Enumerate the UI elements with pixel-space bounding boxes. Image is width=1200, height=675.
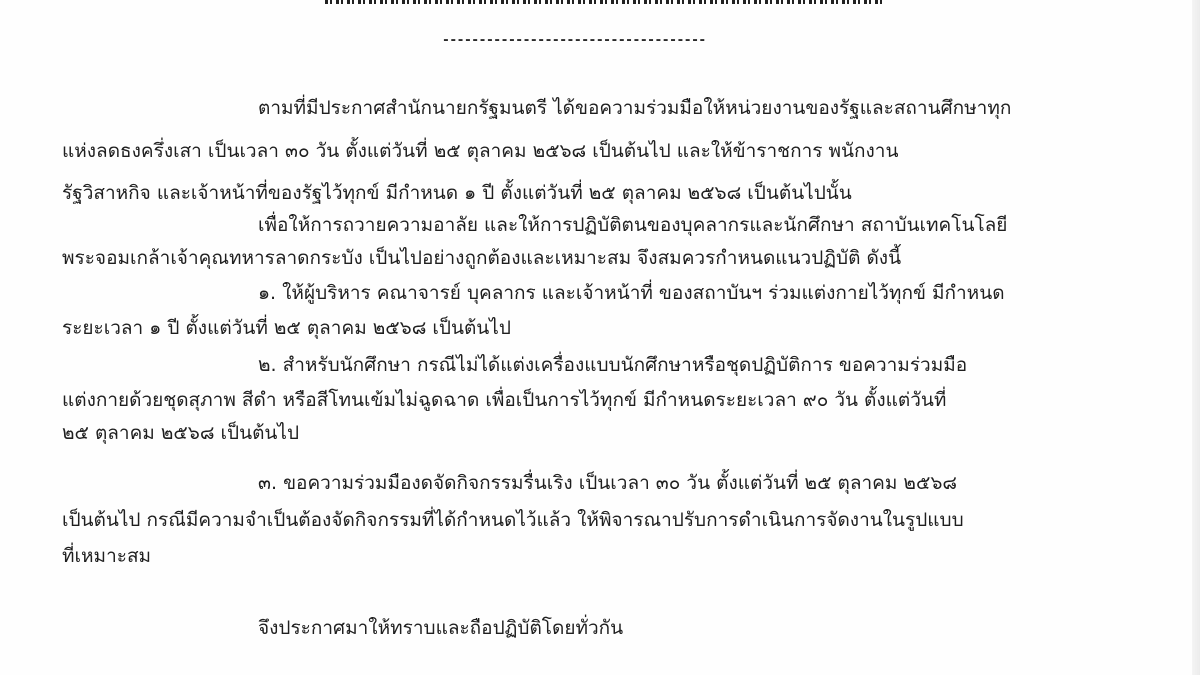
heading-divider: ------------------------------------ [442, 33, 706, 48]
closing-line: จึงประกาศมาให้ทราบและถือปฏิบัติโดยทั่วกั… [258, 615, 623, 641]
document-page: ------------------------------------ ตาม… [0, 0, 1192, 675]
item-2-line-1: ๒. สำหรับนักศึกษา กรณีไม่ได้แต่งเครื่องแ… [258, 352, 967, 378]
purpose-line-2: พระจอมเกล้าเจ้าคุณทหารลาดกระบัง เป็นไปอย… [62, 245, 901, 271]
item-3-line-3: ที่เหมาะสม [62, 543, 151, 569]
heading-glyph-bottoms [325, 0, 885, 4]
item-3-line-2: เป็นต้นไป กรณีมีความจำเป็นต้องจัดกิจกรรม… [62, 507, 964, 533]
intro-line-3: รัฐวิสาหกิจ และเจ้าหน้าที่ของรัฐไว้ทุกข์… [62, 180, 852, 206]
intro-line-2: แห่งลดธงครึ่งเสา เป็นเวลา ๓๐ วัน ตั้งแต่… [62, 138, 898, 164]
intro-line-1: ตามที่มีประกาศสำนักนายกรัฐมนตรี ได้ขอควา… [258, 95, 1011, 121]
clipped-heading [325, 0, 885, 4]
item-2-line-2: แต่งกายด้วยชุดสุภาพ สีดำ หรือสีโทนเข้มไม… [62, 387, 946, 413]
item-3-line-1: ๓. ขอความร่วมมืองดจัดกิจกรรมรื่นเริง เป็… [258, 470, 957, 496]
item-1-line-1: ๑. ให้ผู้บริหาร คณาจารย์ บุคลากร และเจ้า… [258, 280, 1005, 306]
item-1-line-2: ระยะเวลา ๑ ปี ตั้งแต่วันที่ ๒๕ ตุลาคม ๒๕… [62, 315, 511, 341]
page-edge-shadow [1192, 0, 1200, 675]
item-2-line-3: ๒๕ ตุลาคม ๒๕๖๘ เป็นต้นไป [62, 420, 299, 446]
purpose-line-1: เพื่อให้การถวายความอาลัย และให้การปฏิบัต… [258, 212, 1007, 238]
